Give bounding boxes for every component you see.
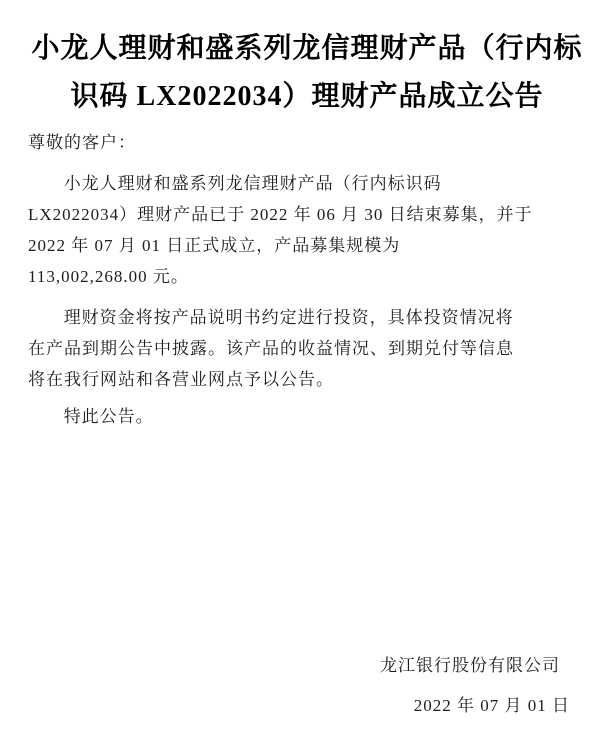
paragraph-establishment-line-2: LX2022034）理财产品已于 2022 年 06 月 30 日结束募集，并于: [28, 199, 586, 230]
paragraph-investment: 理财资金将按产品说明书约定进行投资，具体投资情况将 在产品到期公告中披露。该产品…: [28, 302, 586, 395]
announcement-date: 2022 年 07 月 01 日: [28, 690, 586, 721]
paragraph-investment-line-1: 理财资金将按产品说明书约定进行投资，具体投资情况将: [28, 302, 586, 333]
paragraph-establishment-line-3: 2022 年 07 月 01 日正式成立，产品募集规模为: [28, 230, 586, 261]
document-title-line-2: 识码 LX2022034）理财产品成立公告: [28, 73, 586, 121]
announcement-document: 小龙人理财和盛系列龙信理财产品（行内标 识码 LX2022034）理财产品成立公…: [0, 0, 614, 731]
paragraph-investment-line-3: 将在我行网站和各营业网点予以公告。: [28, 364, 586, 395]
salutation: 尊敬的客户：: [28, 127, 586, 158]
paragraph-establishment: 小龙人理财和盛系列龙信理财产品（行内标识码 LX2022034）理财产品已于 2…: [28, 168, 586, 292]
closing-statement: 特此公告。: [28, 401, 586, 432]
document-title-line-1: 小龙人理财和盛系列龙信理财产品（行内标: [28, 25, 586, 73]
paragraph-establishment-line-4: 113,002,268.00 元。: [28, 261, 586, 292]
blank-space: [28, 432, 586, 650]
bank-signature: 龙江银行股份有限公司: [28, 650, 586, 681]
signature-block: 龙江银行股份有限公司 2022 年 07 月 01 日: [28, 650, 586, 721]
document-title: 小龙人理财和盛系列龙信理财产品（行内标 识码 LX2022034）理财产品成立公…: [28, 25, 586, 121]
paragraph-investment-line-2: 在产品到期公告中披露。该产品的收益情况、到期兑付等信息: [28, 333, 586, 364]
paragraph-establishment-line-1: 小龙人理财和盛系列龙信理财产品（行内标识码: [28, 168, 586, 199]
